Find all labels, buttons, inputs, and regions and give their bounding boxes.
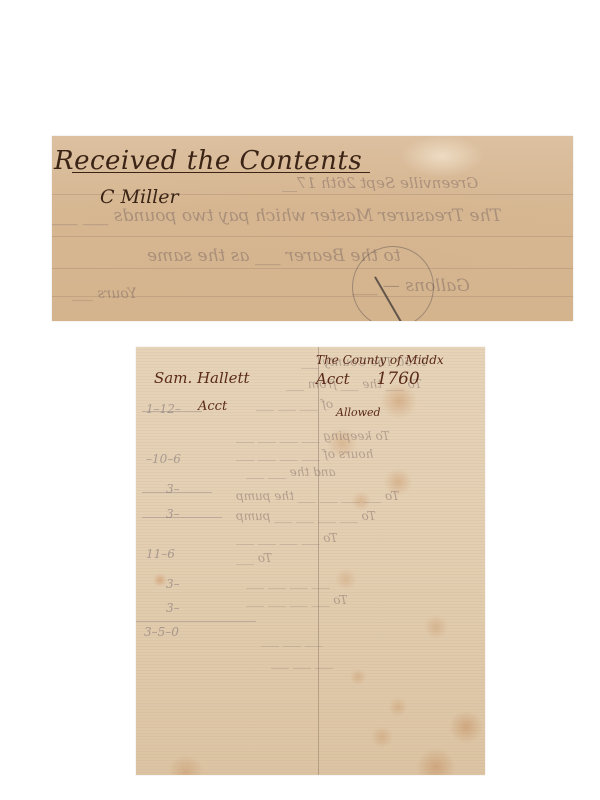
figure-entry: 3–	[166, 482, 180, 496]
bleed-line: To ___ ___ ___ ___	[246, 593, 348, 607]
account-allowed-note: Allowed	[336, 406, 381, 419]
bleed-line: To ___ ___ ___ ___	[236, 531, 338, 545]
dash-line	[142, 517, 222, 518]
receipt-document: Greenville Sept 26th 17__ The Treasurer …	[52, 136, 573, 321]
account-year-prefix: Acct	[316, 370, 350, 388]
figure-entry: 3–	[166, 507, 180, 521]
bleed-text: Greenville Sept 26th 17__	[282, 174, 478, 192]
account-year-value: 1760	[376, 369, 419, 389]
bleed-text: The Treasurer Master which pay two pound…	[52, 206, 502, 226]
bleed-text: Yours ___	[72, 286, 137, 302]
figure-entry: 3–	[166, 601, 180, 615]
figure-entry: 3–5–0	[144, 625, 179, 639]
account-name: Sam. Hallett	[154, 369, 250, 387]
ruled-line	[52, 236, 573, 237]
account-abbreviation: Acct	[198, 399, 227, 414]
account-county: The County of Middx	[316, 353, 444, 367]
bleed-line: To keeping ___ ___ ___ ___	[236, 429, 390, 443]
fold-crease	[318, 347, 319, 775]
figure-entry: 3–	[166, 577, 180, 591]
figure-entry: 1–12–	[146, 402, 181, 416]
bleed-line: hours of ___ ___ ___ ___	[236, 447, 373, 461]
bleed-line: of ___ ___ ___	[256, 397, 333, 411]
bleed-line: To ___	[236, 551, 272, 565]
bleed-line: ___ ___ ___	[271, 655, 333, 669]
figure-entry: –10–6	[146, 452, 181, 466]
dash-line	[136, 621, 256, 622]
bleed-line: ___ ___ ___ ___	[246, 575, 329, 589]
receipt-signature: C Miller	[100, 186, 179, 208]
ruled-line	[52, 268, 573, 269]
bleed-line: ___ ___ ___	[261, 633, 323, 647]
bleed-line: and the ___ ___	[246, 465, 336, 479]
account-year: Acct 1760	[316, 369, 420, 389]
account-document: 1760 The County ___ To ___ the ___ from …	[136, 347, 485, 775]
receipt-heading: Received the Contents	[54, 146, 362, 176]
bleed-line: To ___ ___ ___ ___ the pump	[236, 489, 399, 503]
figure-entry: 11–6	[146, 547, 175, 561]
bleed-line: To ___ ___ ___ ___ pump	[236, 509, 376, 523]
